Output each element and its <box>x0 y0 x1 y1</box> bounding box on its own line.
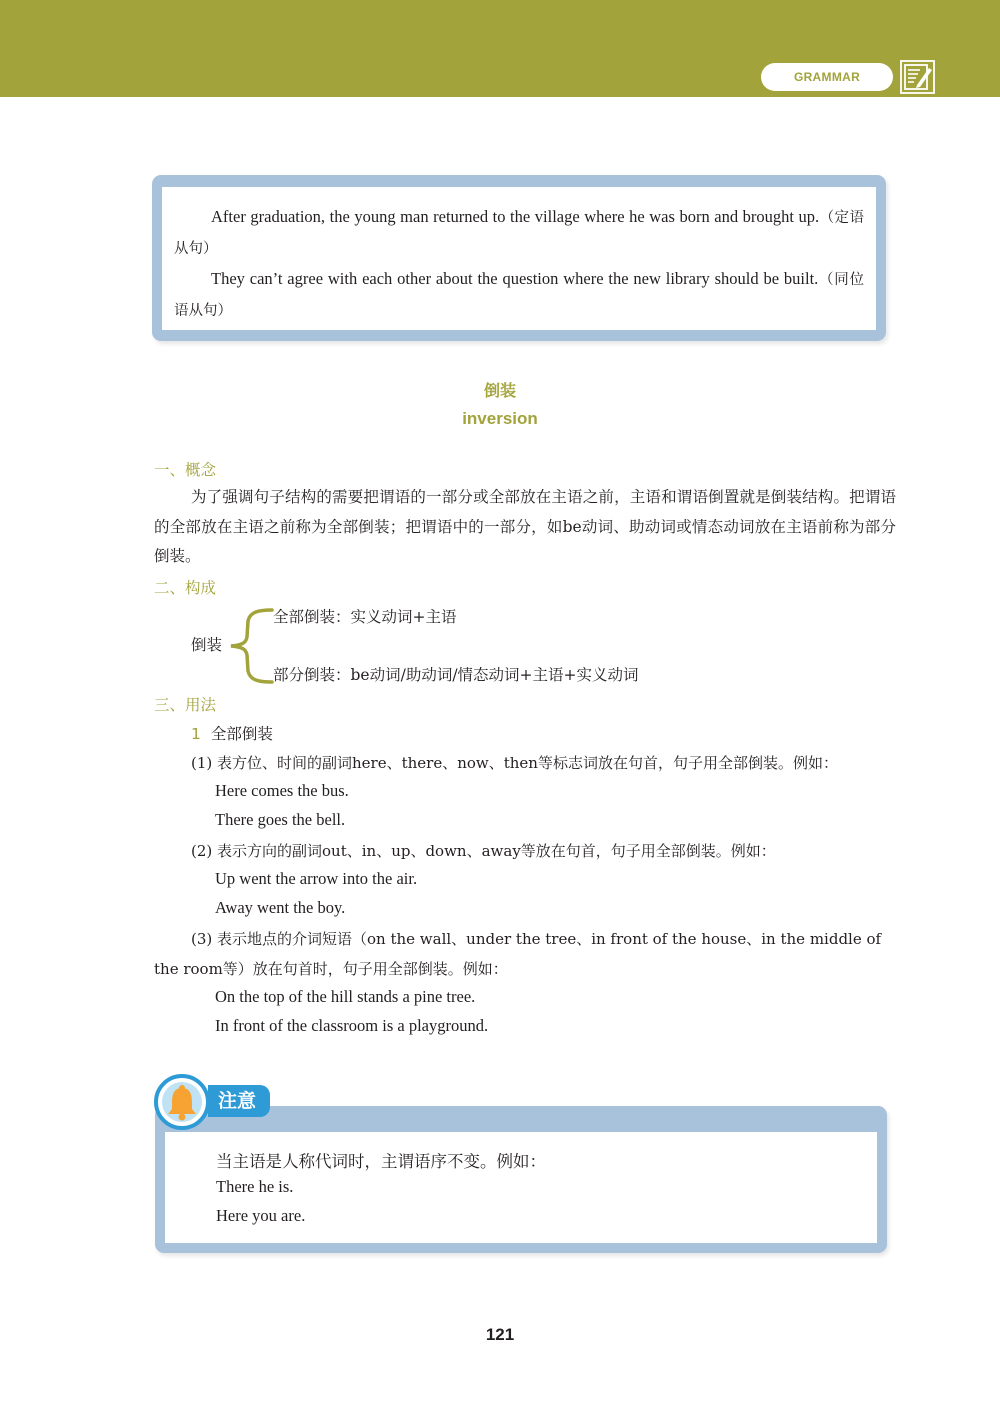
rule-3-example: On the top of the hill stands a pine tre… <box>215 987 475 1007</box>
rule-3-example: In front of the classroom is a playgroun… <box>215 1016 488 1036</box>
rule-2-example: Up went the arrow into the air. <box>215 869 417 889</box>
example-box: After graduation, the young man returned… <box>152 175 886 341</box>
note-badge-label: 注意 <box>208 1085 270 1117</box>
structure-branch-full: 全部倒装：实义动词+主语 <box>273 605 457 627</box>
bell-icon <box>164 1083 200 1121</box>
concept-text: 为了强调句子结构的需要把谓语的一部分或全部放在主语之前，主语和谓语倒置就是倒装结… <box>154 483 896 572</box>
section-heading-structure: 二、构成 <box>154 576 216 598</box>
rule-1-example: Here comes the bus. <box>215 781 349 801</box>
rule-2: (2) 表示方向的副词out、in、up、down、away等放在句首，句子用全… <box>191 840 776 861</box>
example-paragraph: They can’t agree with each other about t… <box>174 264 864 326</box>
example-box-text: After graduation, the young man returned… <box>174 202 864 326</box>
subsection-heading: 1全部倒装 <box>191 722 273 744</box>
curly-brace-icon <box>228 607 274 685</box>
section-label: GRAMMAR <box>761 63 893 91</box>
structure-label: 倒装 <box>191 633 222 655</box>
rule-1: (1) 表方位、时间的副词here、there、now、then等标志词放在句首… <box>191 752 838 773</box>
subsection-number: 1 <box>191 725 201 743</box>
rule-1-example: There goes the bell. <box>215 810 345 830</box>
rule-3-line1: (3) 表示地点的介词短语（on the wall、under the tree… <box>191 928 896 949</box>
page-title-cn: 倒装 <box>0 378 1000 401</box>
section-heading-concept: 一、概念 <box>154 458 216 480</box>
example-sentence: They can’t agree with each other about t… <box>211 269 818 288</box>
subsection-title: 全部倒装 <box>211 725 273 743</box>
concept-paragraph: 为了强调句子结构的需要把谓语的一部分或全部放在主语之前，主语和谓语倒置就是倒装结… <box>154 483 896 572</box>
rule-3-line2: the room等）放在句首时，句子用全部倒装。例如： <box>154 958 508 979</box>
notepad-pencil-icon <box>900 60 935 94</box>
example-paragraph: After graduation, the young man returned… <box>174 202 864 264</box>
section-heading-usage: 三、用法 <box>154 693 216 715</box>
note-badge <box>154 1074 210 1130</box>
note-example: There he is. <box>216 1177 293 1197</box>
page-title-en: inversion <box>0 409 1000 429</box>
note-example: Here you are. <box>216 1206 305 1226</box>
note-text: 当主语是人称代词时，主谓语序不变。例如： <box>216 1148 546 1172</box>
page-number: 121 <box>0 1325 1000 1345</box>
structure-branch-partial: 部分倒装：be动词/助动词/情态动词+主语+实义动词 <box>273 663 639 685</box>
example-sentence: After graduation, the young man returned… <box>211 207 819 226</box>
rule-2-example: Away went the boy. <box>215 898 345 918</box>
